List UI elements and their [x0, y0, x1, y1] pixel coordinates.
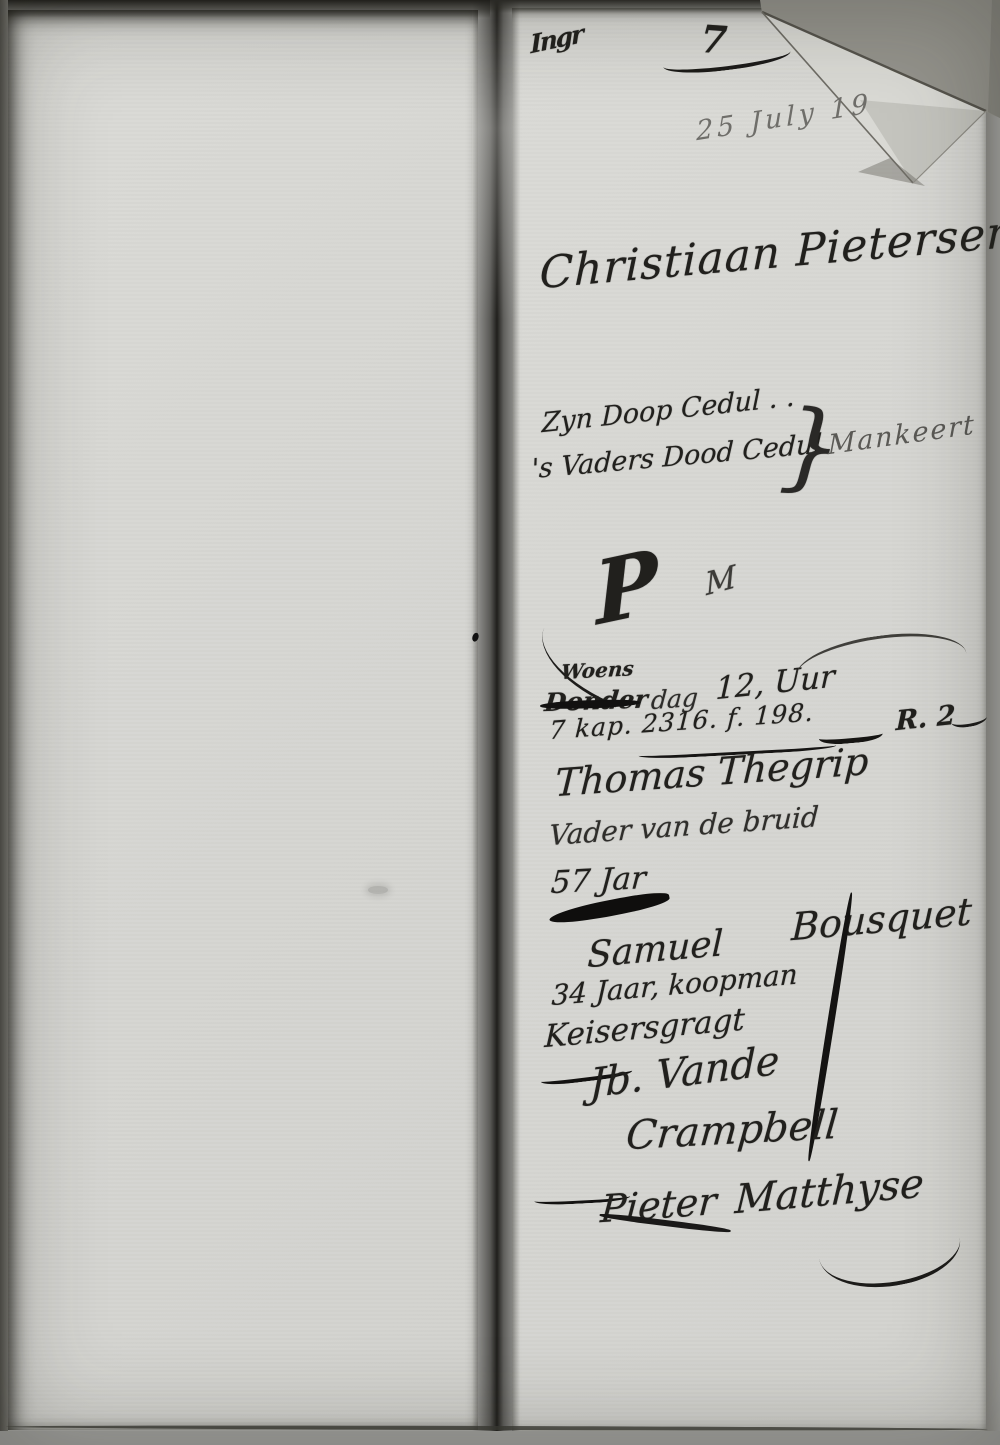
inserted-day-word: Woens — [560, 658, 634, 682]
signature1-line2: Crampbell — [624, 1105, 839, 1156]
top-edge-right — [490, 0, 768, 13]
register-reference-tail: R. 2 — [896, 702, 956, 735]
scan-left-margin — [0, 0, 8, 1445]
scan-bottom-margin — [0, 1431, 1000, 1445]
witness1-age: 57 Jar — [550, 863, 647, 899]
faint-smudge — [368, 886, 388, 894]
book-gutter-highlight — [472, 0, 520, 320]
register-scan: Ingr 7 25 July 19 Christiaan Pietersen Z… — [0, 0, 1000, 1445]
paraph-large: P — [592, 539, 661, 639]
top-edge-left — [0, 0, 490, 18]
paraph-small: M — [704, 562, 737, 602]
left-page — [6, 10, 478, 1430]
